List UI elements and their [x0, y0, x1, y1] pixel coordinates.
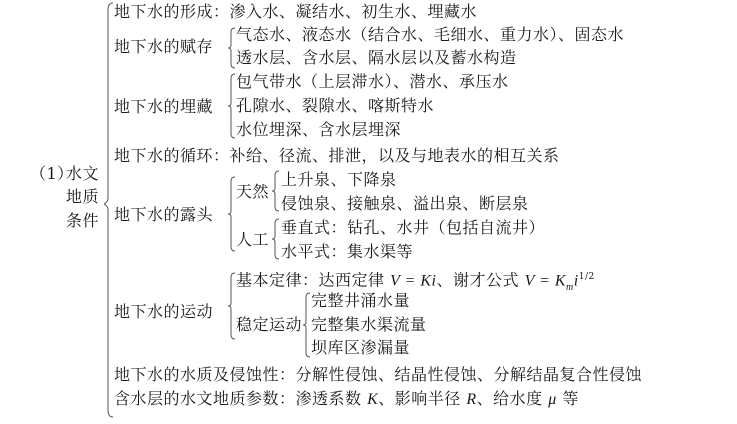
steady-brace	[303, 292, 311, 358]
motion-label: 地下水的运动	[114, 302, 213, 322]
quality-line: 地下水的水质及侵蚀性：分解性侵蚀、结晶性侵蚀、分解结晶复合性侵蚀	[114, 365, 642, 385]
outcrop-natural-label: 天然	[236, 182, 269, 202]
natural-item-1: 上升泉、下降泉	[281, 170, 397, 190]
occurrence-item-2: 透水层、含水层、隔水层以及蓄水构造	[236, 48, 517, 68]
param-k: K	[367, 391, 378, 408]
chezy-exponent: 1/2	[579, 272, 595, 282]
artificial-item-1: 垂直式：钻孔、水井（包括自流井）	[281, 218, 545, 238]
root-title-line-3: 条件	[66, 211, 99, 231]
burial-item-1: 包气带水（上层滞水）、潜水、承压水	[236, 72, 509, 92]
outcrop-label: 地下水的露头	[114, 205, 213, 225]
artificial-brace	[272, 218, 280, 260]
root-title-line-2: 地质	[66, 187, 99, 207]
occurrence-item-1: 气态水、液态水（结合水、毛细水、重力水）、固态水	[236, 25, 624, 45]
darcy-equation: V = Ki	[390, 272, 436, 289]
steady-item-1: 完整井涌水量	[311, 291, 410, 311]
steady-label: 稳定运动	[236, 315, 302, 335]
natural-item-2: 侵蚀泉、接触泉、溢出泉、断层泉	[281, 194, 529, 214]
burial-item-2: 孔隙水、裂隙水、喀斯特水	[236, 96, 434, 116]
circulation-line: 地下水的循环：补给、径流、排泄，以及与地表水的相互关系	[114, 146, 560, 166]
burial-brace	[228, 73, 236, 139]
burial-label: 地下水的埋藏	[114, 97, 213, 117]
outcrop-brace	[228, 176, 236, 252]
formation-line: 地下水的形成：渗入水、凝结水、初生水、埋藏水	[114, 2, 477, 22]
chezy-subscript: m	[566, 282, 574, 293]
steady-item-2: 完整集水渠流量	[311, 315, 427, 335]
basic-law-line: 基本定律：达西定律 V = Ki、谢才公式 V = Kmi1/2	[236, 267, 595, 298]
params-line: 含水层的水文地质参数：渗透系数 K、影响半径 R、给水度 μ 等	[114, 389, 579, 410]
motion-brace	[228, 272, 236, 340]
params-sep-2: 、给水度	[477, 389, 549, 408]
natural-brace	[272, 170, 280, 212]
chezy-equation-base: V = K	[525, 272, 566, 289]
burial-item-3: 水位埋深、含水层埋深	[236, 120, 401, 140]
params-prefix: 含水层的水文地质参数：渗透系数	[114, 389, 367, 408]
main-brace	[104, 2, 114, 418]
occurrence-brace	[228, 27, 236, 69]
params-suffix: 等	[557, 389, 579, 408]
basic-law-prefix: 基本定律：达西定律	[236, 270, 390, 289]
param-r: R	[466, 391, 476, 408]
steady-item-3: 坝库区渗漏量	[311, 338, 410, 358]
basic-law-mid: 、谢才公式	[437, 270, 525, 289]
param-mu: μ	[548, 391, 557, 408]
occurrence-label: 地下水的赋存	[114, 37, 213, 57]
root-title-line-1: 水文	[66, 164, 99, 184]
outcrop-artificial-label: 人工	[236, 230, 269, 250]
artificial-item-2: 水平式：集水渠等	[281, 242, 413, 262]
params-sep-1: 、影响半径	[378, 389, 466, 408]
